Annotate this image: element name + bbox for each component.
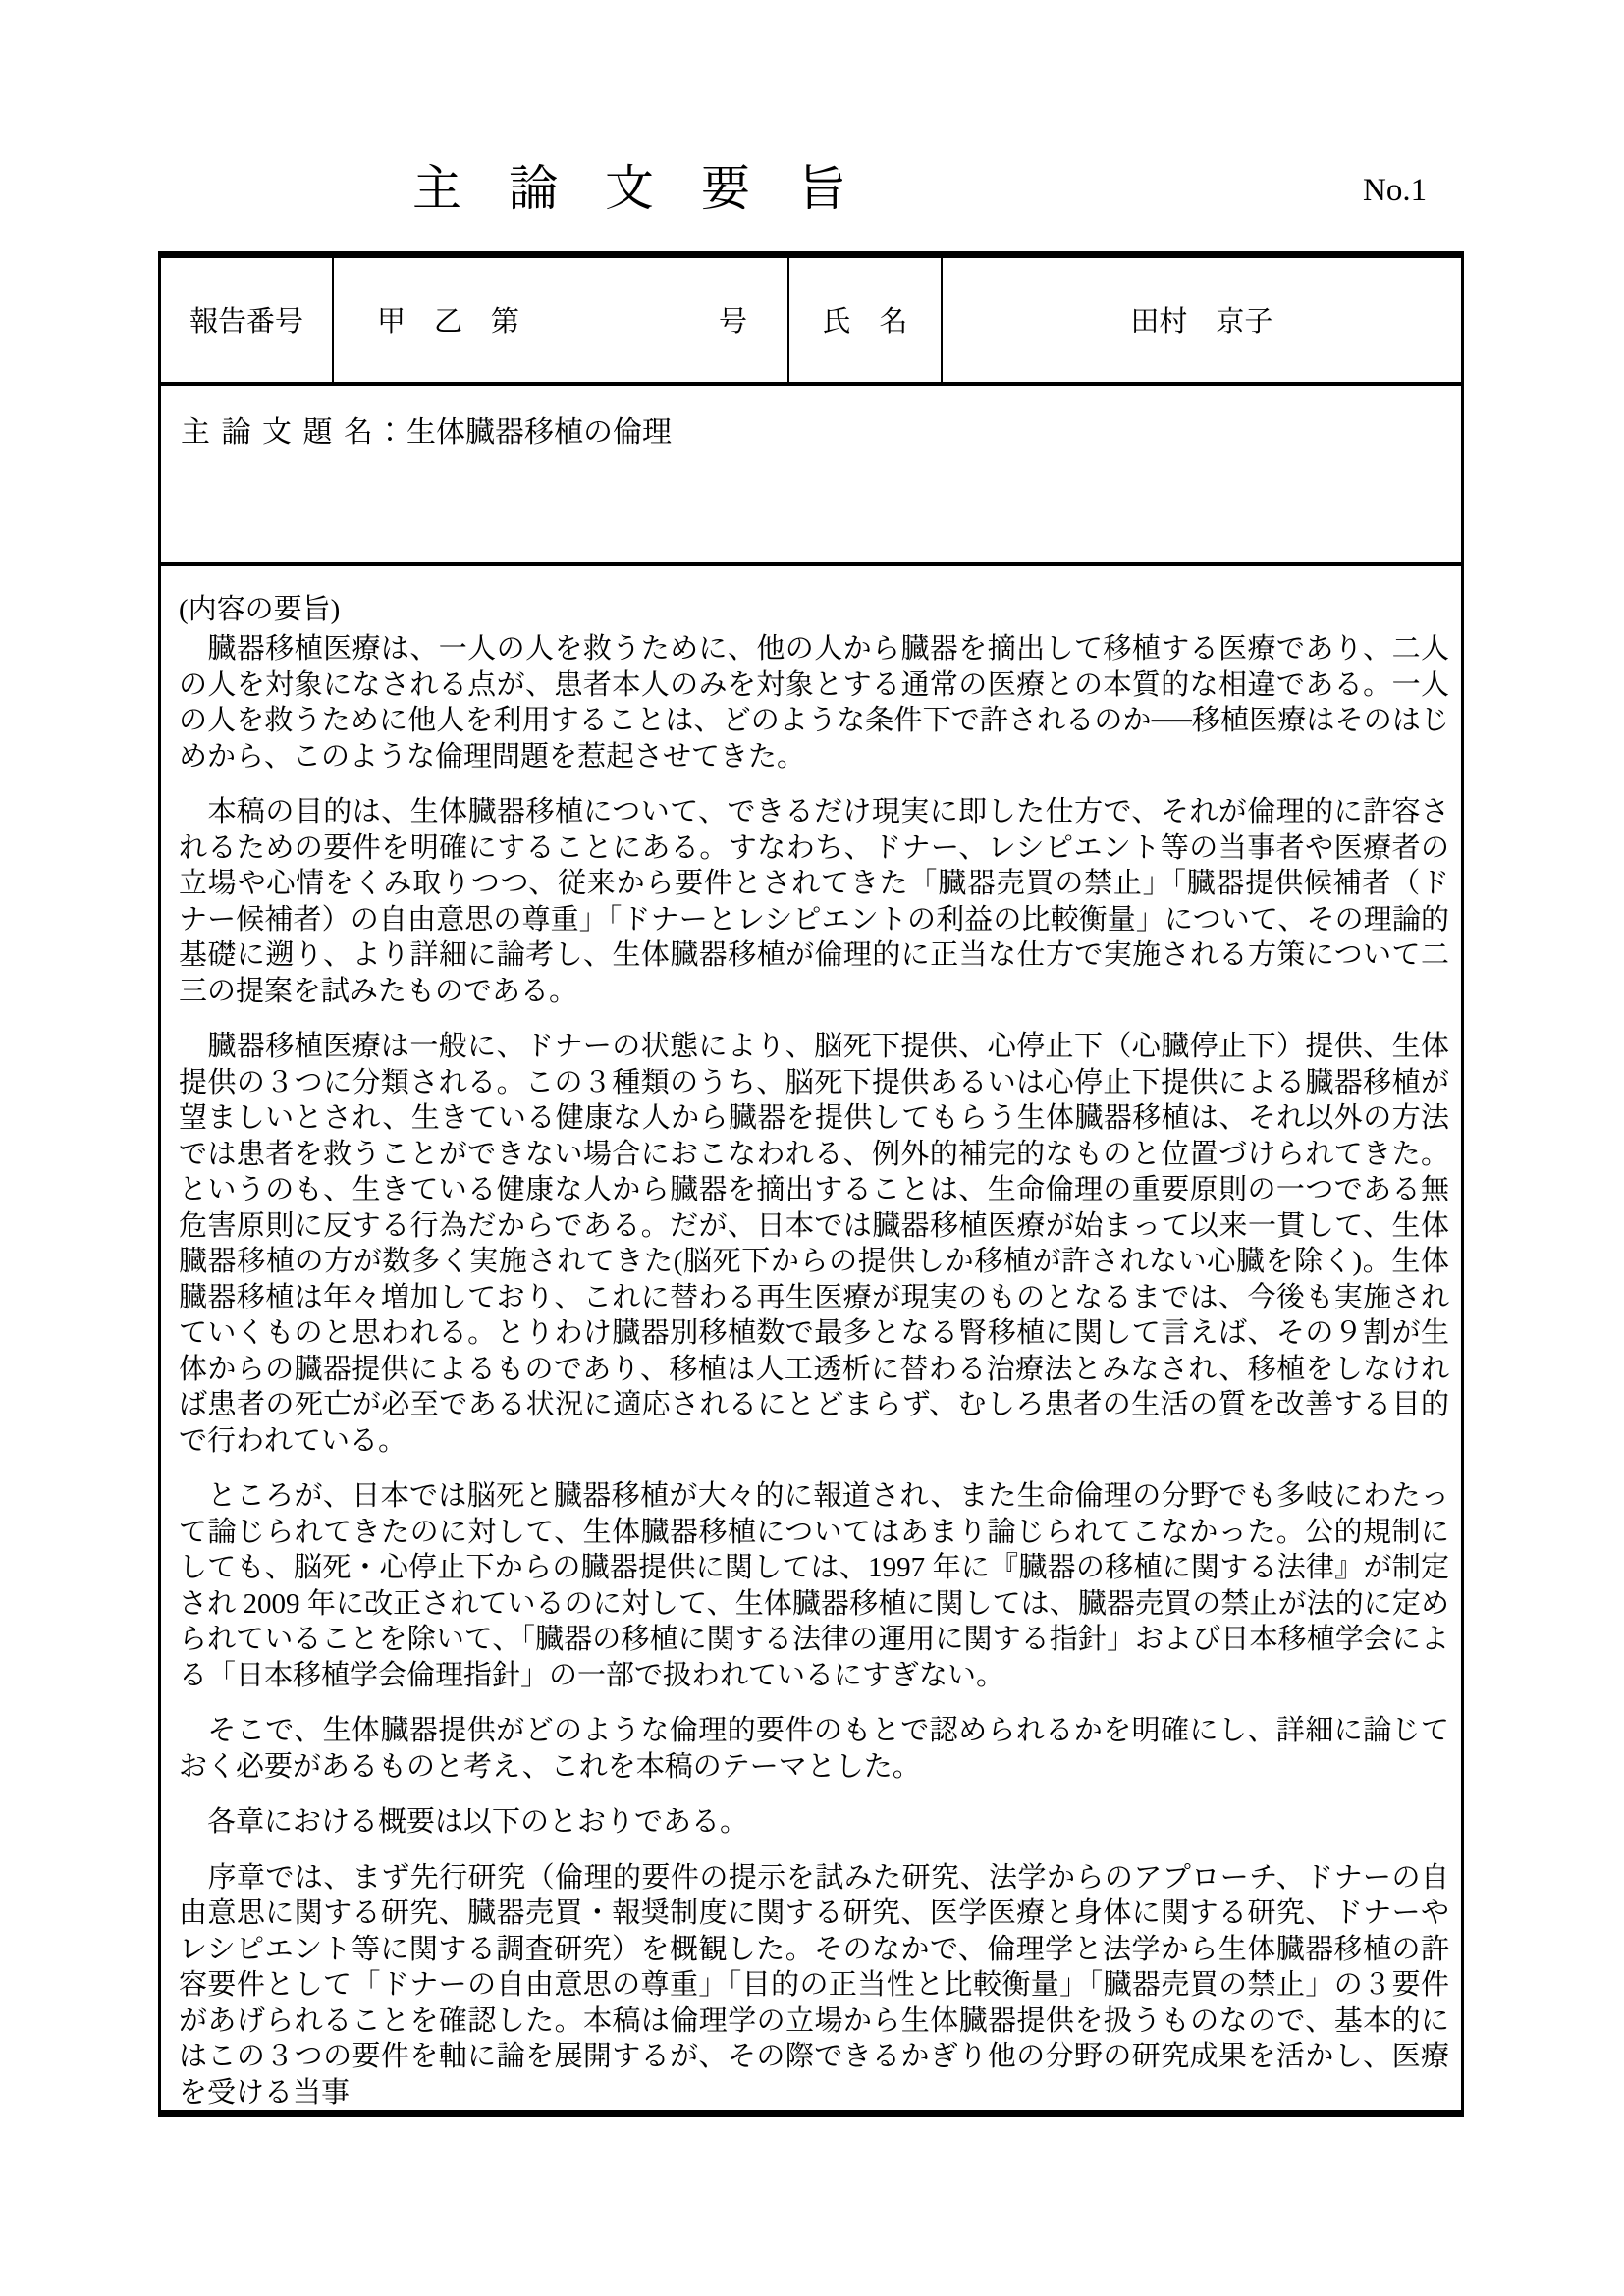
thesis-title-row: 主 論 文 題 名：生体臓器移植の倫理 xyxy=(160,384,1463,564)
name-value: 田村 京子 xyxy=(1130,306,1272,338)
name-label-cell: 氏 名 xyxy=(788,255,941,384)
body-paragraph: 序章では、まず先行研究（倫理的要件の提示を試みた研究、法学からのアプローチ、ドナ… xyxy=(179,1860,1449,2111)
body-paragraph: 本稿の目的は、生体臓器移植について、できるだけ現実に即した仕方で、それが倫理的に… xyxy=(179,794,1449,1009)
thesis-title-value: 生体臓器移植の倫理 xyxy=(406,416,672,449)
body-paragraph: 各章における概要は以下のとおりである。 xyxy=(179,1804,1449,1841)
document-page: 主論文要旨 No.1 報告番号 甲 乙 第 号 氏 名 田村 京子 xyxy=(0,0,1624,2296)
abstract-form-table: 報告番号 甲 乙 第 号 氏 名 田村 京子 主 論 文 題 名：生体臓器移植の… xyxy=(158,251,1464,2117)
report-number-value: 甲 乙 第 号 xyxy=(377,306,747,338)
name-value-cell: 田村 京子 xyxy=(942,255,1463,384)
body-paragraph: 臓器移植医療は一般に、ドナーの状態により、脳死下提供、心停止下（心臓停止下）提供… xyxy=(179,1029,1449,1459)
body-paragraph: ところが、日本では脳死と臓器移植が大々的に報道され、また生命倫理の分野でも多岐に… xyxy=(179,1478,1449,1693)
thesis-title-cell: 主 論 文 題 名：生体臓器移植の倫理 xyxy=(160,384,1463,564)
report-number-label-cell: 報告番号 xyxy=(160,255,333,384)
body-paragraph: 臓器移植医療は、一人の人を救うために、他の人から臓器を摘出して移植する医療であり… xyxy=(179,631,1449,774)
abstract-heading: (内容の要旨) xyxy=(179,592,1449,628)
page-number: No.1 xyxy=(1363,173,1427,209)
report-number-row: 報告番号 甲 乙 第 号 氏 名 田村 京子 xyxy=(160,255,1463,384)
report-number-label: 報告番号 xyxy=(189,306,303,338)
abstract-body-cell: (内容の要旨) 臓器移植医療は、一人の人を救うために、他の人から臓器を摘出して移… xyxy=(160,564,1463,2114)
thesis-title-label: 主 論 文 題 名： xyxy=(181,416,406,449)
abstract-body-row: (内容の要旨) 臓器移植医療は、一人の人を救うために、他の人から臓器を摘出して移… xyxy=(160,564,1463,2114)
name-label: 氏 名 xyxy=(823,306,908,338)
page-title: 主論文要旨 xyxy=(412,149,893,220)
report-number-value-cell: 甲 乙 第 号 xyxy=(333,255,788,384)
body-paragraph: そこで、生体臓器提供がどのような倫理的要件のもとで認められるかを明確にし、詳細に… xyxy=(179,1713,1449,1785)
